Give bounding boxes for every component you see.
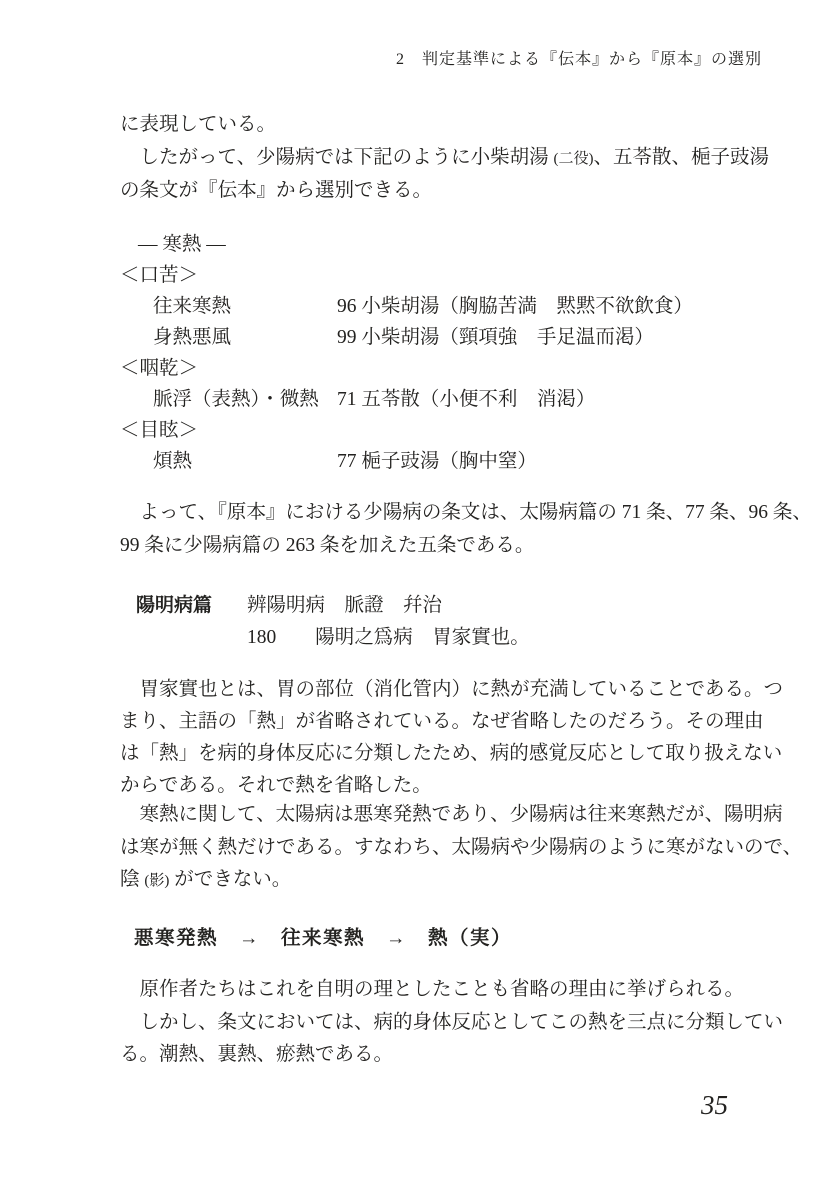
heat-progression-flow: 悪寒発熱 → 往来寒熱 → 熱（実） (134, 922, 512, 950)
paragraph-intro-line2-pre: したがって、少陽病では下記のように小柴胡湯 (120, 147, 554, 168)
paragraph-closing-line2: しかし、条文においては、病的身体反応としてこの熱を三点に分類してい (120, 1007, 780, 1040)
paragraph-ikajitsu-line1: 胃家實也とは、胃の部位（消化管内）に熱が充満していることである。つ (120, 674, 780, 706)
quote-yomeibyo: 陽明病篇辨陽明病 脈證 幷治 180 陽明之爲病 胃家實也。 (136, 590, 776, 654)
book-page: 2 判定基準による『伝本』から『原本』の選別 に表現している。 したがって、少陽… (0, 0, 830, 1179)
paragraph-summary-line2: 99 条に少陽病篇の 263 条を加えた五条である。 (120, 530, 780, 563)
paragraph-intro-line2-post: 、五苓散、梔子豉湯 (594, 147, 770, 168)
paragraph-ikajitsu-line4: からである。それで熱を省略した。 (120, 770, 780, 802)
prescription-entry: 99 小柴胡湯（頸項強 手足温而渇） (337, 327, 654, 348)
quote-passage: 180 陽明之爲病 胃家實也。 (136, 622, 776, 654)
paragraph-intro-line1: に表現している。 (120, 109, 780, 142)
paragraph-summary-line1: よって、『原本』における少陽病の条文は、太陽病篇の 71 条、77 条、96 条… (120, 497, 780, 530)
symptom-row: 煩熱77 梔子豉湯（胸中窒） (120, 446, 780, 477)
symptom-label: 煩熱 (153, 446, 337, 477)
symptom-label: 往来寒熱 (153, 291, 337, 322)
paragraph-kanetsu-comment: 寒熱に関して、太陽病は悪寒発熱であり、少陽病は往来寒熱だが、陽明病 は寒が無く熱… (120, 799, 780, 898)
group-heading-inkan: ＜咽乾＞ (120, 353, 780, 384)
symptom-label: 身熱悪風 (153, 322, 337, 353)
quote-heading-line: 陽明病篇辨陽明病 脈證 幷治 (136, 590, 776, 622)
section-kanetsu-title: ― 寒熱 ― (120, 229, 780, 260)
prescription-entry: 96 小柴胡湯（胸脇苦満 黙黙不欲飲食） (337, 296, 693, 317)
paragraph-kanetsu-comment-line3-pre: 陰 (120, 869, 144, 890)
paragraph-intro: に表現している。 したがって、少陽病では下記のように小柴胡湯 (二役)、五苓散、… (120, 109, 780, 208)
symptom-row: 脈浮（表熱）・微熱71 五苓散（小便不利 消渇） (120, 384, 780, 415)
group-heading-kuku: ＜口苦＞ (120, 260, 780, 291)
prescription-entry: 71 五苓散（小便不利 消渇） (337, 389, 595, 410)
paragraph-kanetsu-comment-line3-post: ができない。 (169, 869, 291, 890)
paragraph-summary: よって、『原本』における少陽病の条文は、太陽病篇の 71 条、77 条、96 条… (120, 497, 780, 562)
quote-chapter-label: 陽明病篇 (136, 590, 247, 622)
paragraph-ikajitsu-line3: は「熱」を病的身体反応に分類したため、病的感覚反応として取り扱えない (120, 738, 780, 770)
paragraph-kanetsu-comment-line3-note: (影) (144, 873, 169, 889)
paragraph-intro-line2: したがって、少陽病では下記のように小柴胡湯 (二役)、五苓散、梔子豉湯 (120, 142, 780, 176)
paragraph-closing-line3: る。潮熱、裏熱、瘀熱である。 (120, 1039, 780, 1072)
paragraph-closing-line1: 原作者たちはこれを自明の理としたことも省略の理由に挙げられる。 (120, 974, 780, 1007)
symptom-label: 脈浮（表熱）・微熱 (153, 384, 337, 415)
group-heading-mokugen: ＜目眩＞ (120, 415, 780, 446)
paragraph-kanetsu-comment-line1: 寒熱に関して、太陽病は悪寒発熱であり、少陽病は往来寒熱だが、陽明病 (120, 799, 780, 832)
section-kanetsu: ― 寒熱 ― ＜口苦＞ 往来寒熱96 小柴胡湯（胸脇苦満 黙黙不欲飲食） 身熱悪… (120, 229, 780, 477)
prescription-entry: 77 梔子豉湯（胸中窒） (337, 451, 537, 472)
paragraph-intro-line2-note: (二役) (554, 151, 594, 167)
paragraph-ikajitsu-line2: まり、主語の「熱」が省略されている。なぜ省略したのだろう。その理由 (120, 706, 780, 738)
paragraph-kanetsu-comment-line3: 陰 (影) ができない。 (120, 864, 780, 898)
page-number: 35 (701, 1090, 728, 1121)
paragraph-closing: 原作者たちはこれを自明の理としたことも省略の理由に挙げられる。 しかし、条文にお… (120, 974, 780, 1072)
running-header: 2 判定基準による『伝本』から『原本』の選別 (120, 48, 762, 72)
symptom-row: 往来寒熱96 小柴胡湯（胸脇苦満 黙黙不欲飲食） (120, 291, 780, 322)
paragraph-intro-line3: の条文が『伝本』から選別できる。 (120, 175, 780, 208)
paragraph-kanetsu-comment-line2: は寒が無く熱だけである。すなわち、太陽病や少陽病のように寒がないので、 (120, 832, 780, 865)
quote-chapter-heading: 辨陽明病 脈證 幷治 (247, 595, 442, 616)
paragraph-ikajitsu: 胃家實也とは、胃の部位（消化管内）に熱が充満していることである。つ まり、主語の… (120, 674, 780, 802)
symptom-row: 身熱悪風99 小柴胡湯（頸項強 手足温而渇） (120, 322, 780, 353)
